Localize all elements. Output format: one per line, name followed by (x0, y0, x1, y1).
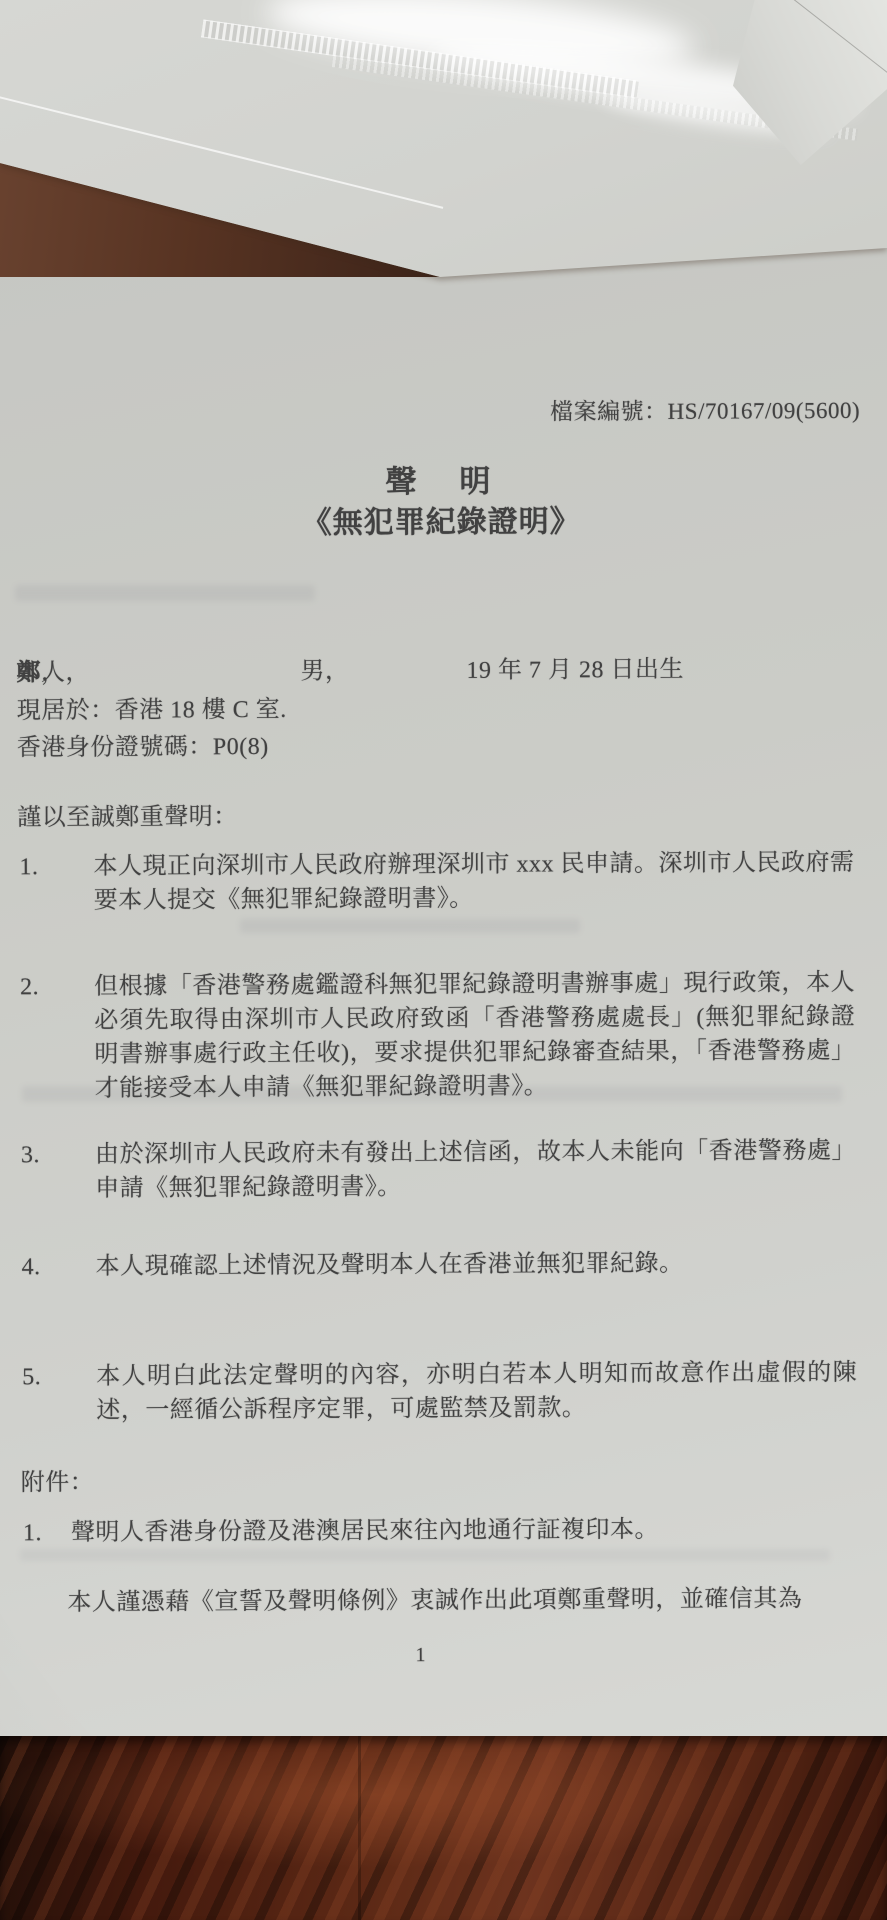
top-paper-stack (0, 0, 887, 285)
item-text: 但根據「香港警務處鑑證科無犯罪紀錄證明書辦事處」現行政策，本人必須先取得由深圳市… (94, 970, 855, 1102)
declarant-name-suffix: ， (41, 656, 66, 690)
declaration-item-2: 2. 但根據「香港警務處鑑證科無犯罪紀錄證明書辦事處」現行政策，本人必須先取得由… (18, 966, 856, 1106)
folded-paper-corner (733, 0, 887, 165)
item-number: 5. (22, 1360, 41, 1394)
declaration-item-4: 4. 本人現確認上述情況及聲明本人在香港並無犯罪紀錄。 (20, 1246, 857, 1284)
document-text-layer: 檔案編號：HS/70167/09(5600) 聲 明 《無犯罪紀錄證明》 本人，… (0, 0, 887, 1920)
declarant-id-number: 香港身份證號碼：P0(8) (17, 730, 269, 765)
declarant-gender: 男， (300, 654, 349, 688)
item-text: 由於深圳市人民政府未有發出上述信函，故本人未能向「香港警務處」申請《無犯罪紀錄證… (95, 1138, 856, 1202)
attachments-label: 附件： (21, 1466, 95, 1500)
document-subtitle: 《無犯罪紀錄證明》 (0, 495, 885, 544)
item-text: 聲明人香港身份證及港澳居民來往內地通行証複印本。 (71, 1517, 659, 1546)
item-text: 本人明白此法定聲明的內容，亦明白若本人明知而故意作出虛假的陳述，一經循公訴程序定… (96, 1360, 857, 1424)
declarant-info-row: 本人，鄭， 男， 19 年 7 月 28 日出生 (16, 652, 855, 692)
top-paper-stack-shadow (0, 0, 887, 285)
sleeve-edge-line (0, 93, 443, 209)
item-number: 2. (20, 970, 39, 1004)
desk-photo: 檔案編號：HS/70167/09(5600) 聲 明 《無犯罪紀錄證明》 本人，… (0, 0, 887, 1920)
closing-statement: 本人謹憑藉《宣誓及聲明條例》衷誠作出此項鄭重聲明，並確信其為 (67, 1582, 850, 1620)
item-number: 4. (22, 1250, 41, 1284)
file-number: 檔案編號：HS/70167/09(5600) (550, 392, 860, 427)
item-number: 1. (19, 850, 38, 884)
declaration-item-5: 5. 本人明白此法定聲明的內容，亦明白若本人明知而故意作出虛假的陳述，一經循公訴… (20, 1356, 857, 1428)
item-number: 1. (23, 1516, 42, 1550)
item-number: 3. (21, 1138, 40, 1172)
declaration-item-1: 1. 本人現正向深圳市人民政府辦理深圳市 xxx 民申請。深圳市人民政府需要本人… (17, 846, 854, 918)
desk-seam-line (358, 1736, 361, 1920)
declarant-birthdate: 19 年 7 月 28 日出生 (466, 653, 684, 688)
oath-intro: 謹以至誠鄭重聲明： (17, 800, 238, 835)
declarant-address: 現居於：香港 18 樓 C 室. (17, 693, 287, 728)
desk-surface (0, 1736, 887, 1920)
item-text: 本人現正向深圳市人民政府辦理深圳市 xxx 民申請。深圳市人民政府需要本人提交《… (93, 850, 854, 914)
attachment-item-1: 1. 聲明人香港身份證及港澳居民來往內地通行証複印本。 (21, 1512, 850, 1550)
item-text: 本人現確認上述情況及聲明本人在香港並無犯罪紀錄。 (96, 1251, 684, 1280)
declaration-item-3: 3. 由於深圳市人民政府未有發出上述信函，故本人未能向「香港警務處」申請《無犯罪… (19, 1134, 856, 1206)
page-number: 1 (4, 1642, 838, 1669)
declarant-name: 本人，鄭， (16, 656, 41, 690)
